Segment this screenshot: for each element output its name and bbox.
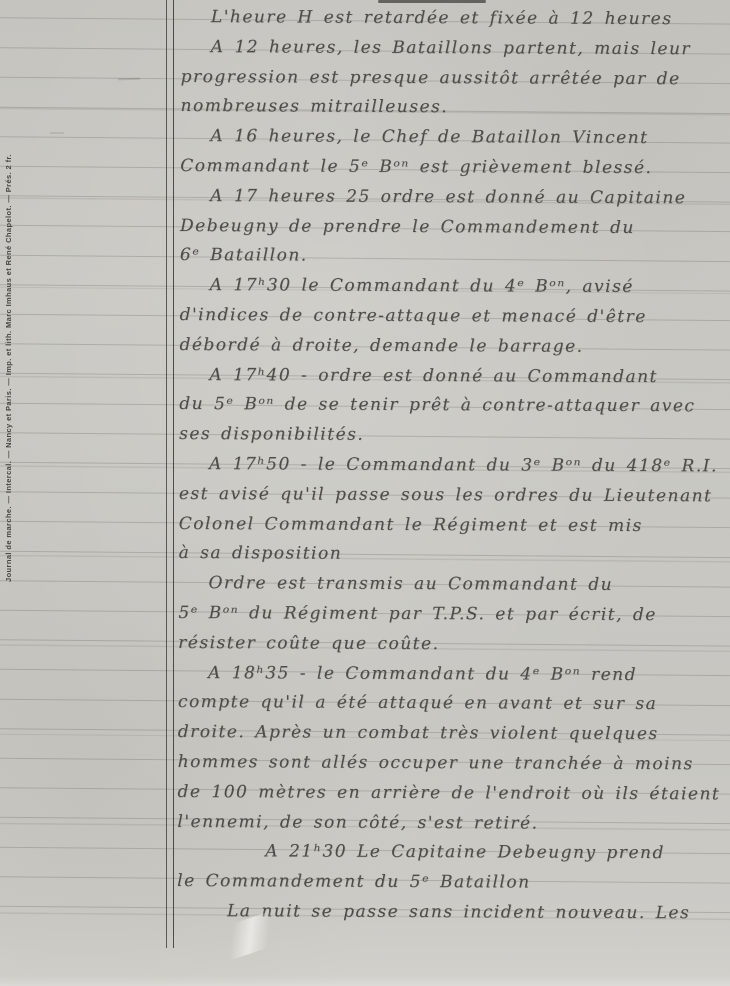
margin-double-rule (166, 0, 174, 948)
paper-smudge (50, 132, 64, 134)
handwritten-line: d'indices de contre-attaque et menacé d'… (180, 301, 729, 333)
scanned-page: Journal de marche. — Intercal. — Nancy e… (0, 0, 730, 986)
handwritten-line: du 5ᵉ Bᵒⁿ de se tenir prêt à contre-atta… (179, 390, 728, 422)
handwritten-line: L'heure H est retardée et fixée à 12 heu… (181, 3, 730, 35)
handwritten-line: Commandant le 5ᵉ Bᵒⁿ est grièvement bles… (180, 152, 729, 184)
handwritten-line: A 17ʰ50 - le Commandant du 3ᵉ Bᵒⁿ du 418… (179, 450, 728, 482)
handwritten-line: A 17ʰ40 - ordre est donné au Commandant (179, 361, 728, 393)
handwritten-line: 6ᵉ Bataillon. (180, 241, 729, 273)
handwritten-line: débordé à droite, demande le barrage. (179, 331, 728, 363)
handwritten-line: nombreuses mitrailleuses. (180, 92, 729, 124)
handwritten-line: hommes sont allés occuper une tranchée à… (178, 748, 727, 780)
handwritten-line: Ordre est transmis au Commandant du (178, 569, 727, 601)
handwritten-line: droite. Après un combat très violent que… (178, 718, 727, 750)
handwritten-line: Colonel Commandant le Régiment et est mi… (179, 510, 728, 542)
handwritten-line: le Commandement du 5ᵉ Bataillon (177, 867, 726, 899)
handwritten-line: compte qu'il a été attaqué en avant et s… (178, 688, 727, 720)
scan-artifact-top (378, 0, 486, 3)
handwritten-line: de 100 mètres en arrière de l'endroit où… (177, 778, 726, 810)
handwritten-line: A 17 heures 25 ordre est donné au Capita… (180, 182, 729, 214)
handwritten-line: A 17ʰ30 le Commandant du 4ᵉ Bᵒⁿ, avisé (180, 271, 729, 303)
handwritten-line: 5ᵉ Bᵒⁿ du Régiment par T.P.S. et par écr… (178, 599, 727, 631)
handwritten-line: à sa disposition (179, 539, 728, 571)
handwritten-line: A 16 heures, le Chef de Bataillon Vincen… (180, 122, 729, 154)
handwritten-line: progression est presque aussitôt arrêtée… (181, 63, 730, 95)
handwritten-line: A 12 heures, les Bataillons partent, mai… (181, 33, 730, 65)
handwritten-line: l'ennemi, de son côté, s'est retiré. (177, 808, 726, 840)
printer-imprint: Journal de marche. — Intercal. — Nancy e… (4, 220, 13, 582)
handwritten-line: résister coûte que coûte. (178, 629, 727, 661)
handwritten-line: A 18ʰ35 - le Commandant du 4ᵉ Bᵒⁿ rend (178, 659, 727, 691)
handwritten-line: A 21ʰ30 Le Capitaine Debeugny prend (177, 837, 726, 869)
handwritten-line: ses disponibilités. (179, 420, 728, 452)
handwritten-line: Debeugny de prendre le Commandement du (180, 212, 729, 244)
handwritten-entries: L'heure H est retardée et fixée à 12 heu… (177, 3, 730, 929)
handwritten-line: est avisé qu'il passe sous les ordres du… (179, 480, 728, 512)
page-bottom-edge (0, 976, 730, 986)
